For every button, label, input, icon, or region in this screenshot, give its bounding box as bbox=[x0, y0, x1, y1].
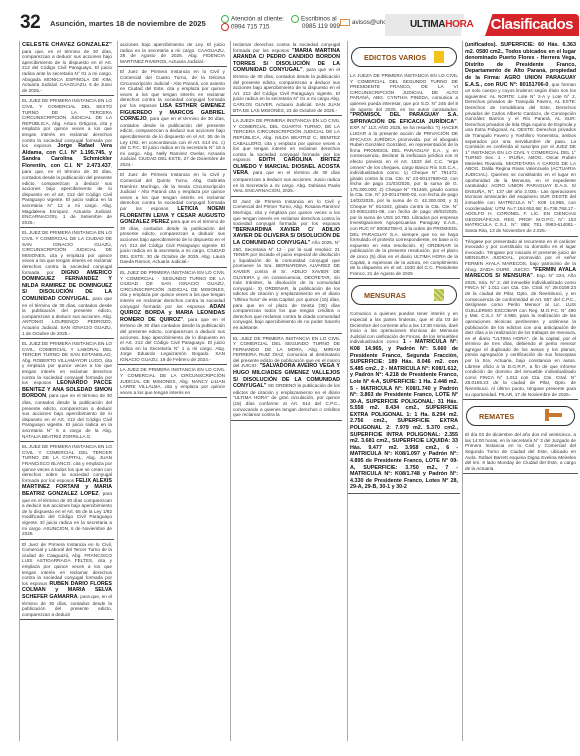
issue-date: Asunción, martes 18 de noviembre de 2025 bbox=[50, 19, 206, 28]
edict-notice: acciones bajo apercibimiento de Ley. El … bbox=[118, 41, 227, 67]
page-header: 32 Asunción, martes 18 de noviembre de 2… bbox=[0, 0, 580, 36]
write-us-phone: 0985 119 999 bbox=[302, 23, 340, 30]
survey-notice: Téngase por presentado al recurrente en … bbox=[463, 238, 578, 401]
gavel-icon bbox=[548, 413, 562, 417]
edict-notice: EL JUEZ DE PRIMERA INSTANCIA EN LO CIVIL… bbox=[231, 335, 342, 421]
write-us-label: Escribinos al bbox=[301, 16, 337, 23]
edict-notice: EL JUEZ DE PRIMERA INSTANCIA EN LO CIVIL… bbox=[20, 443, 114, 540]
edict-notice: LA JUEZA DE PRIMERA INSTANCIA EN LO CIVI… bbox=[348, 72, 460, 279]
column-1: CELESTE CHAVEZ GONZALEZ" para que, en el… bbox=[19, 41, 114, 741]
edict-notice: LA JUEZA DE PRIMERA INSTANCIA EN LO CIVI… bbox=[231, 117, 342, 197]
phone-icon bbox=[221, 23, 229, 31]
edict-notice: EL JUEZ DE PRIMERA INSTANCIA EN LO CIVIL… bbox=[20, 97, 114, 228]
write-us-contact: Escribinos al 0985 119 999 bbox=[291, 15, 340, 30]
ultimahora-logo: ULTIMAHORA bbox=[410, 19, 473, 30]
edict-notice: El Juez de Primera Instancia en lo Civil… bbox=[118, 68, 227, 170]
customer-service-label: Atención al cliente: bbox=[231, 16, 284, 23]
section-header-mensuras: MENSURAS bbox=[351, 285, 457, 305]
section-title: Clasificados bbox=[491, 16, 573, 33]
section-banner: Clasificados bbox=[485, 14, 579, 36]
classifieds-columns: CELESTE CHAVEZ GONZALEZ" para que, en el… bbox=[19, 41, 579, 741]
map-icon bbox=[434, 289, 444, 301]
edict-notice: EL JUEZ DE PRIMERA INSTANCIA EN LO CIVIL… bbox=[20, 229, 114, 339]
column-2: acciones bajo apercibimiento de Ley. El … bbox=[117, 41, 227, 741]
survey-notice: Comunico a quienes puedan tener interés … bbox=[348, 310, 460, 494]
customer-service-contact: Atención al cliente: 0994 715 715 bbox=[221, 15, 284, 31]
section-header-remates: REMATES bbox=[466, 406, 575, 426]
edict-notice: El Juez de Primera Instancia en lo Civil… bbox=[231, 198, 342, 334]
page-number: 32 bbox=[20, 12, 40, 34]
notice-icon bbox=[434, 51, 444, 63]
customer-service-phone: 0994 715 715 bbox=[231, 24, 270, 31]
edict-notice: EL JUEZ DE PRIMERA INSTANCIA EN LO CIVIL… bbox=[118, 269, 227, 366]
column-5: EDICTOS VARIOS LA JUEZA DE PRIMERA INSTA… bbox=[347, 41, 460, 741]
column-3: reclamar derechos contra la sociedad con… bbox=[230, 41, 342, 741]
column-6: (unificados). SUPERFICIE: 60 Hás. 6.363 … bbox=[462, 41, 578, 741]
whatsapp-icon bbox=[221, 15, 229, 23]
edict-notice: EL JUEZ DE PRIMERA INSTANCIA EN LO CIVIL… bbox=[20, 340, 114, 442]
section-header-edictos-varios: EDICTOS VARIOS bbox=[351, 47, 457, 67]
edict-notice: El Juez de Primera Instancia en lo Civil… bbox=[118, 171, 227, 268]
envelope-icon bbox=[340, 19, 350, 26]
edict-notice: CELESTE CHAVEZ GONZALEZ" para que, en el… bbox=[20, 41, 114, 96]
whatsapp-icon bbox=[291, 15, 299, 23]
edict-notice: LA JUEZ DE PRIMERA INSTANCIA EN LO CIVIL… bbox=[118, 366, 227, 398]
auction-notice: El día 03 de diciembre del año dos mil v… bbox=[463, 431, 578, 474]
edict-notice: El Juez de Primera Instancia en lo Civil… bbox=[20, 541, 114, 621]
edict-notice: reclamar derechos contra la sociedad con… bbox=[231, 41, 342, 116]
survey-notice: (unificados). SUPERFICIE: 60 Hás. 6.363 … bbox=[463, 41, 578, 237]
